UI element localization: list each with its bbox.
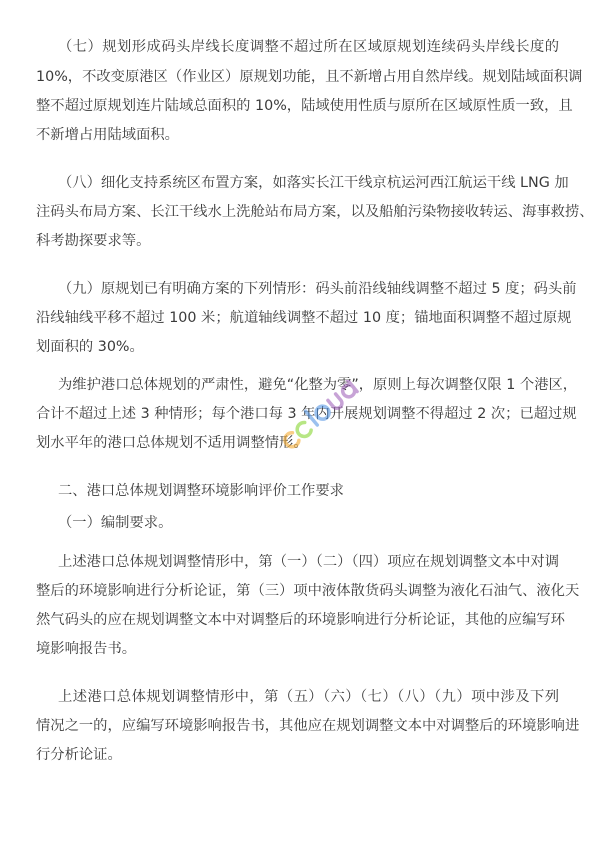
text-line: 划面积的 30%。 [36, 337, 559, 357]
text-line: （八）细化支持系统区布置方案，如落实长江干线京杭运河西江航运干线 LNG 加 [58, 173, 559, 193]
text-line: 行分析论证。 [36, 745, 559, 765]
text-line: 上述港口总体规划调整情形中，第（五）（六）（七）（八）（九）项中涉及下列 [58, 687, 559, 707]
text-line: 上述港口总体规划调整情形中，第（一）（二）（四）项应在规划调整文本中对调 [58, 552, 559, 572]
text-line: 情况之一的，应编写环境影响报告书，其他应在规划调整文本中对调整后的环境影响进 [36, 716, 559, 736]
text-line: 境影响报告书。 [36, 639, 559, 659]
text-line: 为维护港口总体规划的严肃性，避免“化整为零”，原则上每次调整仅限 1 个港区， [58, 375, 559, 395]
text-line: 10%，不改变原港区（作业区）原规划功能，且不新增占用自然岸线。规划陆域面积调 [36, 67, 559, 87]
text-line: （九）原规划已有明确方案的下列情形：码头前沿线轴线调整不超过 5 度；码头前 [58, 279, 559, 299]
text-line: 整不超过原规划连片陆域总面积的 10%，陆域使用性质与原所在区域原性质一致，且 [36, 96, 559, 116]
text-line: （七）规划形成码头岸线长度调整不超过所在区域原规划连续码头岸线长度的 [58, 37, 559, 57]
text-line: 然气码头的应在规划调整文本中对调整后的环境影响进行分析论证，其他的应编写环 [36, 610, 559, 630]
text-line: 整后的环境影响进行分析论证，第（三）项中液体散货码头调整为液化石油气、液化天 [36, 581, 559, 601]
text-line: 不新增占用陆域面积。 [36, 125, 559, 145]
text-line: 沿线轴线平移不超过 100 米；航道轴线调整不超过 10 度；锚地面积调整不超过… [36, 308, 559, 328]
text-line: 注码头布局方案、长江干线水上洗舱站布局方案，以及船舶污染物接收转运、海事救捞、 [36, 202, 559, 222]
subsection-heading: （一）编制要求。 [58, 513, 559, 533]
text-line: 科考勘探要求等。 [36, 231, 559, 251]
document-page: （七）规划形成码头岸线长度调整不超过所在区域原规划连续码头岸线长度的 10%，不… [0, 0, 595, 841]
text-line: 合计不超过上述 3 种情形；每个港口每 3 年内开展规划调整不得超过 2 次；已… [36, 404, 559, 424]
text-line: 划水平年的港口总体规划不适用调整情形。 [36, 433, 559, 453]
section-heading: 二、港口总体规划调整环境影响评价工作要求 [58, 481, 559, 501]
